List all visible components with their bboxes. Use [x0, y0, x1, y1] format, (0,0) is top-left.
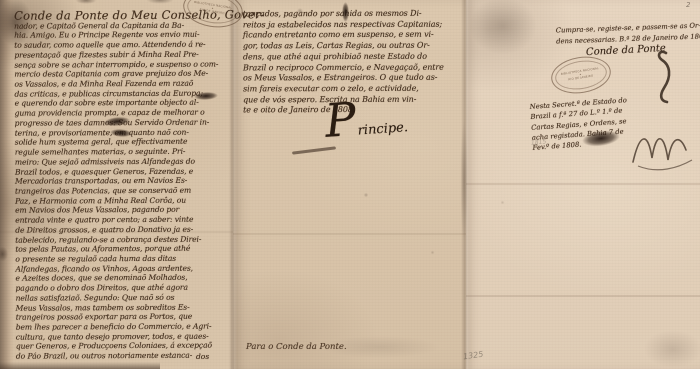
- stain: [500, 200, 505, 205]
- stain: [430, 250, 435, 255]
- fold-crease: [233, 233, 466, 235]
- ink-blot: [342, 2, 349, 22]
- manuscript-scan: Conde da Ponte do Meu Conselho, Gover-na…: [0, 0, 700, 369]
- paper-edge: [0, 362, 160, 369]
- catchword: dos: [196, 352, 209, 361]
- manuscript-line: ficando entretanto como em suspenso, e s…: [243, 30, 444, 41]
- manuscript-line: do Páo Brazil, ou outros notoriamente es…: [16, 350, 267, 361]
- stain: [300, 332, 460, 362]
- pencil-faint-number: 1815: [531, 138, 547, 146]
- stain: [634, 324, 700, 369]
- left-page-text: Conde da Ponte do Meu Conselho, Gover-na…: [14, 10, 266, 361]
- royal-signature: Principe.: [324, 98, 409, 141]
- manuscript-line: dens, que athé aqui prohibiaõ neste Esta…: [243, 51, 444, 62]
- stamp-text: BIBLIOTHECA NACIONAL✦RIO DE JANEIRO: [561, 67, 601, 83]
- fold-crease: [466, 183, 700, 185]
- manuscript-line: os Meus Vassalos, e Estrangeiros. O que …: [243, 73, 444, 84]
- paper-edge: [0, 0, 13, 369]
- stain: [459, 100, 469, 260]
- clerk-rubric-flourish-icon: [630, 122, 698, 172]
- manuscript-line: Brazil o reciproco Commercio, e Navegaça…: [243, 62, 444, 73]
- stain: [363, 192, 369, 198]
- manuscript-line: gor, todas as Leis, Cartas Regias, ou ou…: [243, 41, 444, 52]
- corner-mark: 2: [686, 1, 690, 9]
- stain: [296, 7, 304, 15]
- fold-crease: [466, 295, 700, 297]
- stamp-text: BIBLIOTHECA NACIONAL✦RIO DE JANEIRO: [193, 1, 233, 17]
